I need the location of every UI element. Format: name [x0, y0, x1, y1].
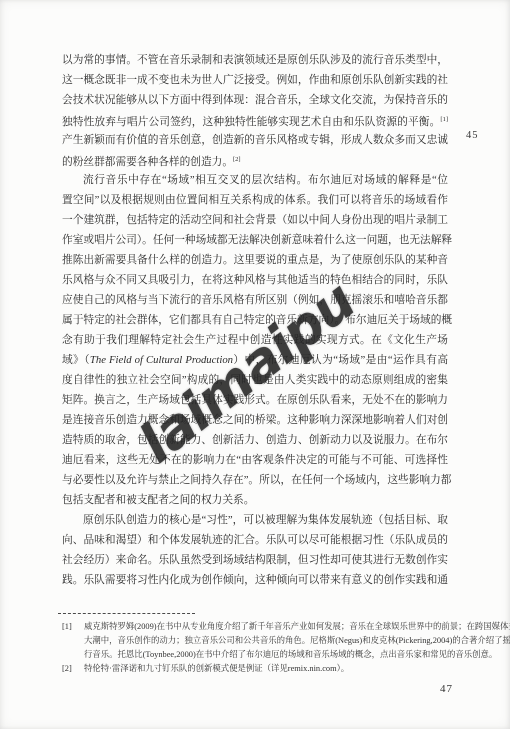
line-text: 是连接音乐创造力概念和场域概念之间的桥梁。这种影响力深深地影响着人们对创	[62, 414, 448, 426]
text-line: 属于特定的社会群体，它们都具有自己特定的音乐新方向）。布尔迪厄关于场域的概	[62, 310, 448, 330]
footnote-reference: [2]	[233, 156, 241, 163]
footnote-text: 特伦特·雷泽诺和九寸钉乐队的创新模式便是例证（详见remix.nin.com）。	[84, 664, 349, 673]
text-line: 与必要性以及允许与禁止之间持久存在”。所以，在任何一个场域内，这些影响力都	[62, 470, 448, 490]
line-text: 产生新颖而有价值的音乐创意，创造新的音乐风格或专辑，形成人数众多而又忠诚	[62, 134, 448, 146]
text-line: 的粉丝群都需要各种各样的创造力。[2]	[62, 150, 448, 170]
line-text: 推陈出新需要具备什么样的创造力。这里要说的重点是，为了使原创乐队的某种音	[62, 254, 448, 266]
text-line: 乐风格与众不同又具吸引力，在将这种风格与其他适当的特色相结合的同时，乐队	[62, 270, 448, 290]
footnote-line: [1]威克斯特罗姆(2009)在书中从专业角度介绍了新千年音乐产业如何发展；音乐…	[62, 620, 450, 634]
text-line: 践。乐队需要将习性内化成为创作倾向，这种倾向可以带来有意义的创作实践和通	[62, 570, 448, 590]
line-text: 念有助于我们理解特定社会生产过程中创造性实践的实现方式。在《文化生产场	[62, 334, 448, 346]
text-line: 置空间”以及根据规则由位置间相互关系构成的体系。我们可以将音乐的场域看作	[62, 190, 448, 210]
line-text: 度自律性的独立社会空间”构成的，同时也是由人类实践中的动态原则组成的密集	[62, 374, 448, 386]
margin-page-number: 45	[466, 130, 479, 141]
line-text: 属于特定的社会群体，它们都具有自己特定的音乐新方向）。布尔迪厄关于场域的概	[62, 314, 452, 326]
text-line: 以为常的事情。不管在音乐录制和表演领域还是原创乐队涉及的流行音乐类型中，	[62, 50, 448, 70]
line-text: 乐风格与众不同又具吸引力，在将这种风格与其他适当的特色相结合的同时，乐队	[62, 274, 448, 286]
text-line: 是连接音乐创造力概念和场域概念之间的桥梁。这种影响力深深地影响着人们对创	[62, 410, 448, 430]
body-text: 以为常的事情。不管在音乐录制和表演领域还是原创乐队涉及的流行音乐类型中，这一概念…	[62, 50, 448, 590]
footnote-separator	[58, 613, 195, 614]
line-text: 作室或唱片公司）。任何一种场域都无法解决创新意味着什么这一问题，也无法解释	[62, 234, 452, 246]
text-line: 一个建筑群，包括特定的活动空间和社会背景（如以中间人身份出现的唱片录制工	[62, 210, 448, 230]
footnote-line: 大潮中，音乐创作的动力；独立音乐公司和公共音乐的角色。尼格斯(Negus)和皮克…	[62, 634, 450, 648]
line-text: 一个建筑群，包括特定的活动空间和社会背景（如以中间人身份出现的唱片录制工	[62, 214, 448, 226]
line-text: 矩阵。换言之，生产场域包括具体实践形式。在原创乐队看来，无处不在的影响力	[62, 394, 448, 406]
footnote-line: [2]特伦特·雷泽诺和九寸钉乐队的创新模式便是例证（详见remix.nin.co…	[62, 662, 450, 676]
line-text: 迪厄看来，这些无处不在的影响力在“由客观条件决定的可能与不可能、可选择性	[62, 454, 448, 466]
line-text: 造特质的取舍，包括创新能力、创新活力、创造力、创新动力以及说服力。在布尔	[62, 434, 448, 446]
text-line: 向、品味和渴望）和个体发展轨迹的汇合。乐队可以尽可能根据习性（乐队成员的	[62, 530, 448, 550]
footnote-text: 行音乐。托恩比(Toynbee,2000)在书中介绍了布尔迪厄的场域和音乐场域的…	[84, 650, 497, 659]
line-text: 向、品味和渴望）和个体发展轨迹的汇合。乐队可以尽可能根据习性（乐队成员的	[62, 534, 448, 546]
text-line: 度自律性的独立社会空间”构成的，同时也是由人类实践中的动态原则组成的密集	[62, 370, 448, 390]
line-text: 以为常的事情。不管在音乐录制和表演领域还是原创乐队涉及的流行音乐类型中，	[62, 54, 448, 66]
text-line: 会技术状况能够从以下方面中得到体现：混合音乐，全球文化交流，为保持音乐的	[62, 90, 448, 110]
line-text: 应使自己的风格与当下流行的音乐风格有所区别（例如，朋克摇滚乐和嘻哈音乐都	[62, 294, 448, 306]
text-line: 应使自己的风格与当下流行的音乐风格有所区别（例如，朋克摇滚乐和嘻哈音乐都	[62, 290, 448, 310]
line-text: 独特性放弃与唱片公司签约，这种独特性能够实现艺术自由和乐队资源的平衡。	[62, 116, 440, 128]
footnote-marker: [1]	[62, 620, 72, 634]
text-line: 推陈出新需要具备什么样的创造力。这里要说的重点是，为了使原创乐队的某种音	[62, 250, 448, 270]
line-text: 的粉丝群都需要各种各样的创造力。	[62, 156, 233, 168]
line-text: 践。乐队需要将习性内化成为创作倾向，这种倾向可以带来有意义的创作实践和通	[62, 574, 448, 586]
footnote-text: 大潮中，音乐创作的动力；独立音乐公司和公共音乐的角色。尼格斯(Negus)和皮克…	[84, 636, 510, 645]
text-line: 这一概念既非一成不变也未为世人广泛接受。例如，作曲和原创乐队创新实践的社	[62, 70, 448, 90]
text-line: 独特性放弃与唱片公司签约，这种独特性能够实现艺术自由和乐队资源的平衡。[1]	[62, 110, 448, 130]
footnote-reference: [1]	[440, 116, 448, 123]
text-line: 流行音乐中存在“场域”相互交叉的层次结构。布尔迪厄对场域的解释是“位	[62, 170, 448, 190]
footnote-line: 行音乐。托恩比(Toynbee,2000)在书中介绍了布尔迪厄的场域和音乐场域的…	[62, 648, 450, 662]
line-text: 这一概念既非一成不变也未为世人广泛接受。例如，作曲和原创乐队创新实践的社	[62, 74, 448, 86]
line-text: 会技术状况能够从以下方面中得到体现：混合音乐，全球文化交流，为保持音乐的	[62, 94, 448, 106]
latin-italic-text: The Field of Cultural Production	[90, 354, 233, 366]
text-line: 社会经历）来命名。乐队虽然受到场域结构限制，但习性却可使其进行无数创作实	[62, 550, 448, 570]
line-text: 流行音乐中存在“场域”相互交叉的层次结构。布尔迪厄对场域的解释是“位	[83, 174, 448, 186]
page-number: 47	[440, 683, 453, 695]
page: 以为常的事情。不管在音乐录制和表演领域还是原创乐队涉及的流行音乐类型中，这一概念…	[0, 0, 510, 729]
line-text: 与必要性以及允许与禁止之间持久存在”。所以，在任何一个场域内，这些影响力都	[62, 474, 452, 486]
text-line: 造特质的取舍，包括创新能力、创新活力、创造力、创新动力以及说服力。在布尔	[62, 430, 448, 450]
text-line: 域》（The Field of Cultural Production）中，布尔…	[62, 350, 448, 370]
line-text: 社会经历）来命名。乐队虽然受到场域结构限制，但习性却可使其进行无数创作实	[62, 554, 448, 566]
text-line: 作室或唱片公司）。任何一种场域都无法解决创新意味着什么这一问题，也无法解释	[62, 230, 448, 250]
footnotes: [1]威克斯特罗姆(2009)在书中从专业角度介绍了新千年音乐产业如何发展；音乐…	[62, 620, 450, 676]
footnote-text: 威克斯特罗姆(2009)在书中从专业角度介绍了新千年音乐产业如何发展；音乐在全球…	[84, 622, 510, 631]
line-text: ）中，布尔迪厄认为“场域”是由“运作具有高	[233, 354, 448, 366]
line-text: 域》（	[62, 354, 90, 366]
text-line: 原创乐队创造力的核心是“习性”，可以被理解为集体发展轨迹（包括目标、取	[62, 510, 448, 530]
text-line: 迪厄看来，这些无处不在的影响力在“由客观条件决定的可能与不可能、可选择性	[62, 450, 448, 470]
line-text: 原创乐队创造力的核心是“习性”，可以被理解为集体发展轨迹（包括目标、取	[83, 514, 448, 526]
text-line: 念有助于我们理解特定社会生产过程中创造性实践的实现方式。在《文化生产场	[62, 330, 448, 350]
line-text: 包括支配者和被支配者之间的权力关系。	[62, 494, 254, 506]
text-line: 产生新颖而有价值的音乐创意，创造新的音乐风格或专辑，形成人数众多而又忠诚	[62, 130, 448, 150]
text-line: 矩阵。换言之，生产场域包括具体实践形式。在原创乐队看来，无处不在的影响力	[62, 390, 448, 410]
line-text: 置空间”以及根据规则由位置间相互关系构成的体系。我们可以将音乐的场域看作	[62, 194, 448, 206]
text-line: 包括支配者和被支配者之间的权力关系。	[62, 490, 448, 510]
footnote-marker: [2]	[62, 662, 72, 676]
